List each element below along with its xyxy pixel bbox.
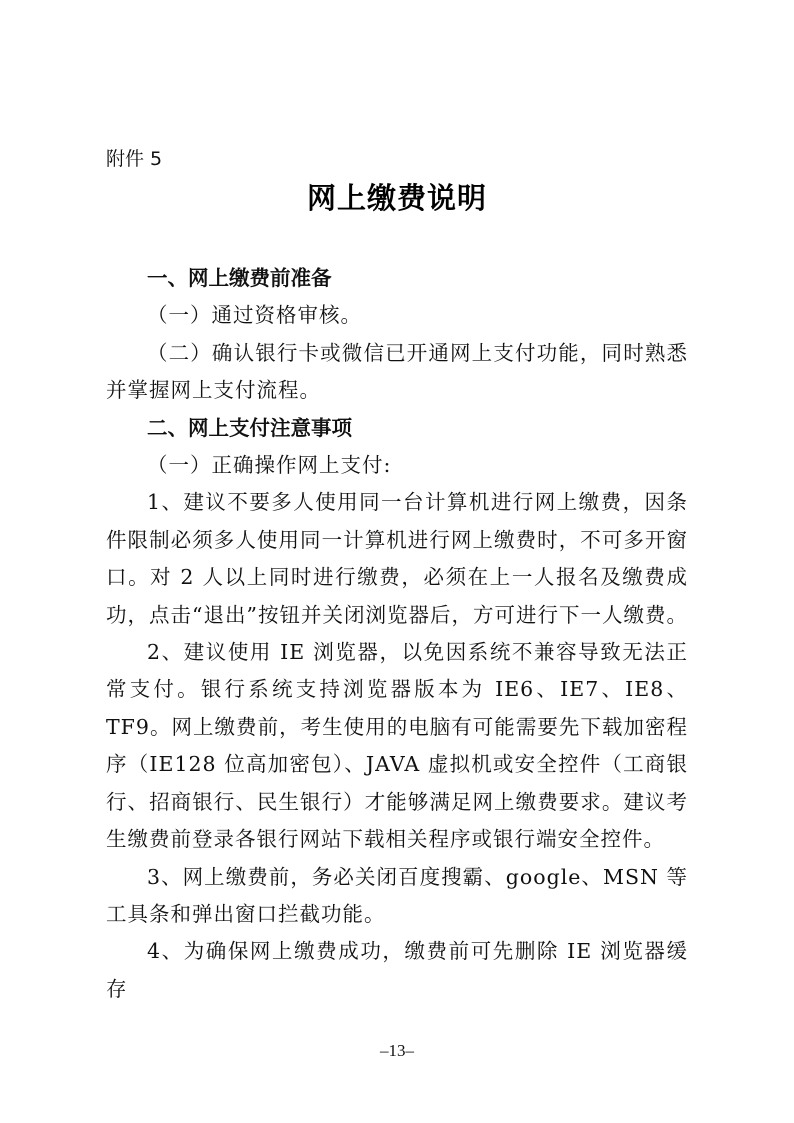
document-body: 一、网上缴费前准备 （一）通过资格审核。 （二）确认银行卡或微信已开通网上支付功… [106, 260, 688, 1008]
attachment-label: 附件 5 [106, 146, 162, 172]
section-heading-2: 二、网上支付注意事项 [106, 410, 688, 447]
list-item-1: 1、建议不要多人使用同一台计算机进行网上缴费，因条件限制必须多人使用同一计算机进… [106, 484, 688, 634]
document-title: 网上缴费说明 [0, 178, 794, 218]
document-page: 附件 5 网上缴费说明 一、网上缴费前准备 （一）通过资格审核。 （二）确认银行… [0, 0, 794, 1123]
list-item-2: 2、建议使用 IE 浏览器，以免因系统不兼容导致无法正常支付。银行系统支持浏览器… [106, 634, 688, 858]
paragraph-qualification: （一）通过资格审核。 [106, 297, 688, 334]
paragraph-bank-card: （二）确认银行卡或微信已开通网上支付功能，同时熟悉并掌握网上支付流程。 [106, 335, 688, 410]
page-number: –13– [0, 1041, 794, 1061]
list-item-4: 4、为确保网上缴费成功，缴费前可先删除 IE 浏览器缓存 [106, 933, 688, 1008]
list-item-3: 3、网上缴费前，务必关闭百度搜霸、google、MSN 等工具条和弹出窗口拦截功… [106, 859, 688, 934]
section-heading-1: 一、网上缴费前准备 [106, 260, 688, 297]
subheading-correct-operation: （一）正确操作网上支付: [106, 447, 688, 484]
